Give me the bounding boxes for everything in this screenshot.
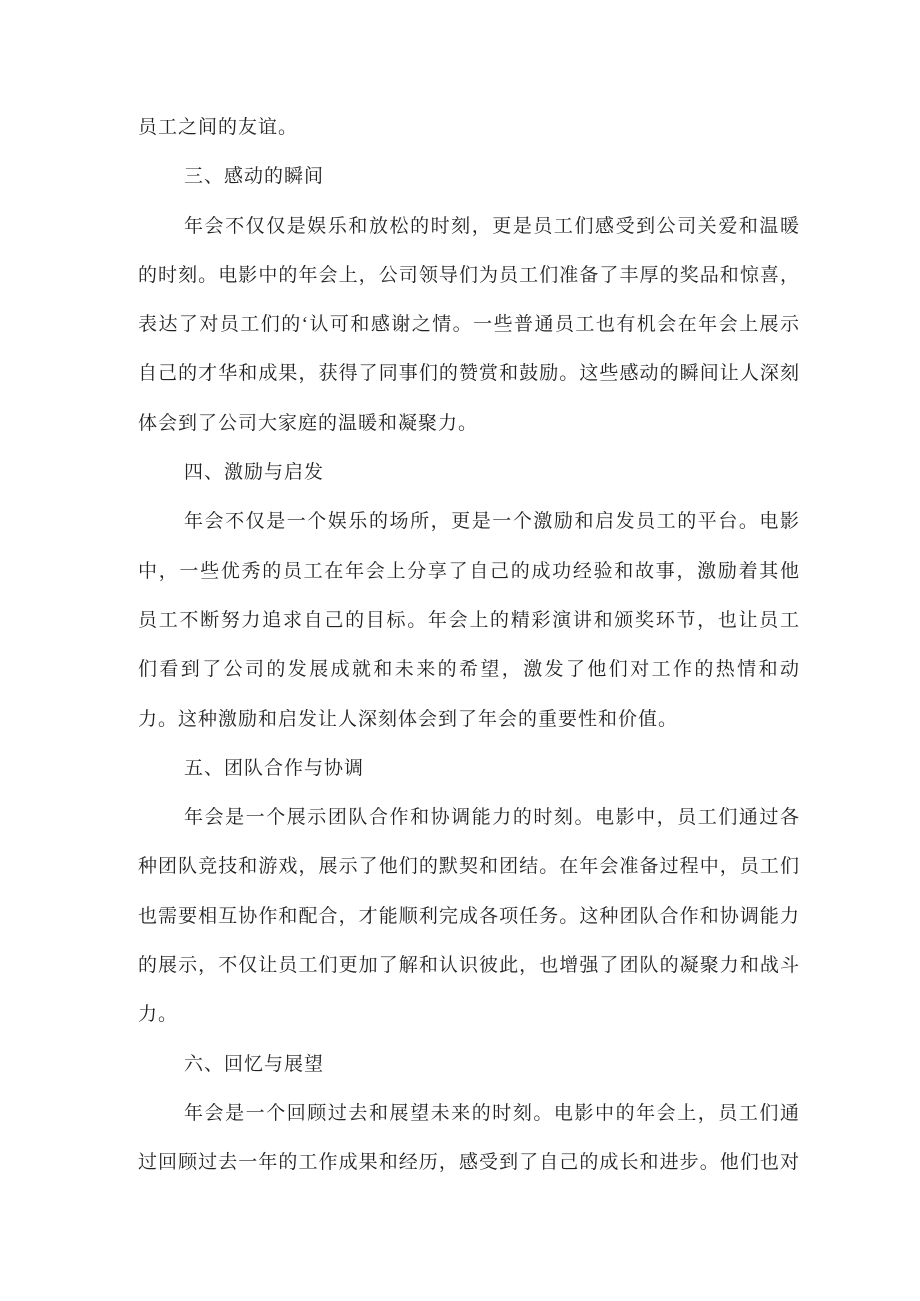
- body-text-line: 员工不断努力追求自己的目标。年会上的精彩演讲和颁奖环节，也让员工: [138, 596, 800, 645]
- body-text-line: 的时刻。电影中的年会上，公司领导们为员工们准备了丰厚的奖品和惊喜，: [138, 251, 800, 300]
- document-page: 员工之间的友谊。三、感动的瞬间年会不仅仅是娱乐和放松的时刻，更是员工们感受到公司…: [0, 0, 920, 1301]
- body-text-line: 们看到了公司的发展成就和未来的希望，激发了他们对工作的热情和动: [138, 645, 800, 694]
- body-text-line: 也需要相互协作和配合，才能顺利完成各项任务。这种团队合作和协调能力: [138, 892, 800, 941]
- section-heading: 四、激励与启发: [138, 448, 800, 497]
- body-text-line: 力。这种激励和启发让人深刻体会到了年会的重要性和价值。: [138, 695, 800, 744]
- body-text-line: 自己的才华和成果，获得了同事们的赞赏和鼓励。这些感动的瞬间让人深刻: [138, 349, 800, 398]
- body-text-line: 的展示，不仅让员工们更加了解和认识彼此，也增强了团队的凝聚力和战斗: [138, 941, 800, 990]
- body-text-line: 年会不仅仅是娱乐和放松的时刻，更是员工们感受到公司关爱和温暖: [138, 202, 800, 251]
- section-heading: 三、感动的瞬间: [138, 152, 800, 201]
- body-text-line: 中，一些优秀的员工在年会上分享了自己的成功经验和故事，激励着其他: [138, 547, 800, 596]
- body-text-line: 表达了对员工们的‘认可和感谢之情。一些普通员工也有机会在年会上展示: [138, 300, 800, 349]
- section-heading: 六、回忆与展望: [138, 1040, 800, 1089]
- body-text-line: 员工之间的友谊。: [138, 103, 800, 152]
- section-heading: 五、团队合作与协调: [138, 744, 800, 793]
- body-text-line: 体会到了公司大家庭的温暖和凝聚力。: [138, 399, 800, 448]
- body-text-line: 年会是一个回顾过去和展望未来的时刻。电影中的年会上，员工们通: [138, 1089, 800, 1138]
- body-text-line: 年会是一个展示团队合作和协调能力的时刻。电影中，员工们通过各: [138, 793, 800, 842]
- document-body: 员工之间的友谊。三、感动的瞬间年会不仅仅是娱乐和放松的时刻，更是员工们感受到公司…: [138, 103, 800, 1188]
- body-text-line: 年会不仅是一个娱乐的场所，更是一个激励和启发员工的平台。电影: [138, 497, 800, 546]
- body-text-line: 种团队竞技和游戏，展示了他们的默契和团结。在年会准备过程中，员工们: [138, 842, 800, 891]
- body-text-line: 过回顾过去一年的工作成果和经历，感受到了自己的成长和进步。他们也对: [138, 1138, 800, 1187]
- body-text-line: 力。: [138, 990, 800, 1039]
